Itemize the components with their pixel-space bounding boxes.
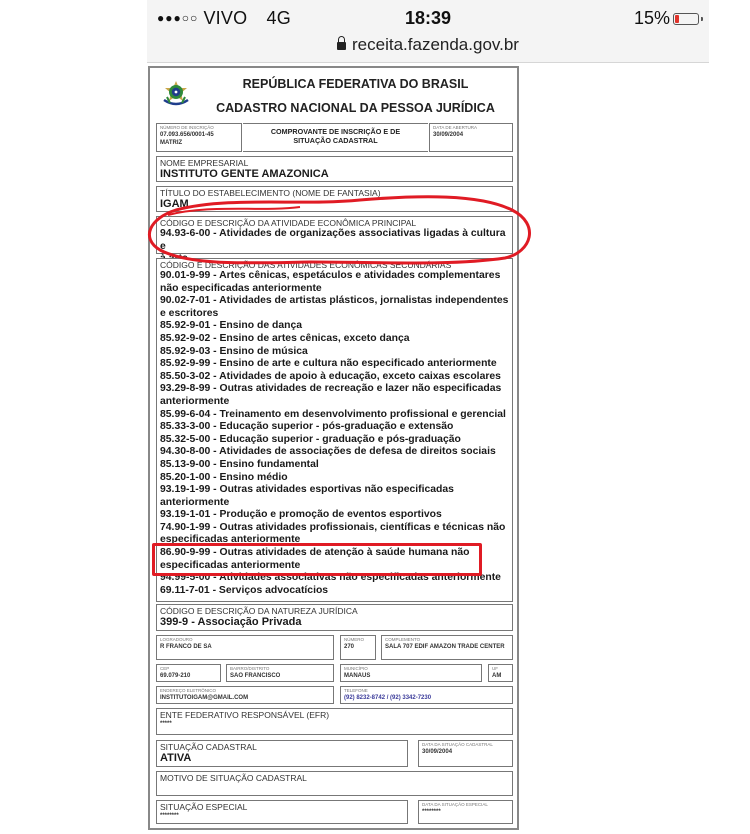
cep-box: CEP 69.079-210 bbox=[156, 664, 221, 682]
municipio-value: MANAUS bbox=[344, 672, 478, 680]
atividade-secundaria-line: 85.92-9-01 - Ensino de dança bbox=[160, 320, 509, 333]
email-box: ENDEREÇO ELETRÔNICO INSTITUTOIGAM@GMAIL.… bbox=[156, 686, 334, 704]
comprovante-box: COMPROVANTE DE INSCRIÇÃO E DE SITUAÇÃO C… bbox=[243, 123, 428, 152]
natureza-juridica-value: 399-9 - Associação Privada bbox=[160, 616, 509, 629]
atividade-secundaria-line: 85.13-9-00 - Ensino fundamental bbox=[160, 459, 509, 472]
logradouro-box: LOGRADOURO R FRANCO DE SA bbox=[156, 635, 334, 660]
atividade-secundaria-line: 69.11-7-01 - Serviços advocatícios bbox=[160, 585, 509, 598]
nome-fantasia-box: TÍTULO DO ESTABELECIMENTO (NOME DE FANTA… bbox=[156, 186, 513, 212]
url-text: receita.fazenda.gov.br bbox=[352, 35, 519, 54]
inscricao-type: MATRIZ bbox=[160, 139, 238, 147]
nome-empresarial-box: NOME EMPRESARIAL INSTITUTO GENTE AMAZONI… bbox=[156, 156, 513, 182]
battery-status: 15% bbox=[634, 8, 699, 29]
inscricao-value: 07.093.656/0001-45 bbox=[160, 131, 238, 139]
data-situacao-especial-box: DATA DA SITUAÇÃO ESPECIAL ******** bbox=[418, 800, 513, 824]
atividade-secundaria-line: 93.29-8-99 - Outras atividades de recrea… bbox=[160, 383, 509, 396]
municipio-box: MUNICÍPIO MANAUS bbox=[340, 664, 482, 682]
address-bar[interactable]: receita.fazenda.gov.br bbox=[147, 35, 709, 55]
bairro-box: BAIRRO/DISTRITO SAO FRANCISCO bbox=[226, 664, 334, 682]
battery-icon bbox=[673, 13, 699, 25]
header-cadastro: CADASTRO NACIONAL DA PESSOA JURÍDICA bbox=[170, 101, 541, 115]
atividade-principal-box: CÓDIGO E DESCRIÇÃO DA ATIVIDADE ECONÔMIC… bbox=[156, 216, 513, 254]
situacao-especial-value: ******** bbox=[160, 812, 404, 820]
atividade-secundaria-line: anteriormente bbox=[160, 396, 509, 409]
nome-fantasia-value: IGAM bbox=[160, 198, 509, 211]
atividade-secundaria-line: não especificadas anteriormente bbox=[160, 283, 509, 296]
atividade-secundaria-line: anteriormente bbox=[160, 497, 509, 510]
telefone-value: (92) 8232-8742 / (92) 3342-7230 bbox=[344, 694, 509, 702]
atividade-secundaria-line: 85.33-3-00 - Educação superior - pós-gra… bbox=[160, 421, 509, 434]
efr-value: ***** bbox=[160, 720, 509, 728]
atividade-secundaria-line: 85.32-5-00 - Educação superior - graduaç… bbox=[160, 434, 509, 447]
cnpj-document: REPÚBLICA FEDERATIVA DO BRASIL CADASTRO … bbox=[148, 66, 519, 830]
data-situacao-box: DATA DA SITUAÇÃO CADASTRAL 30/09/2004 bbox=[418, 740, 513, 767]
browser-top-bar: ●●●○○ VIVO 4G 18:39 15% receita.fazenda.… bbox=[147, 0, 709, 63]
telefone-box: TELEFONE (92) 8232-8742 / (92) 3342-7230 bbox=[340, 686, 513, 704]
clock: 18:39 bbox=[147, 8, 709, 29]
atividade-secundaria-line: 94.30-8-00 - Atividades de associações d… bbox=[160, 446, 509, 459]
complemento-box: COMPLEMENTO SALA 707 EDIF AMAZON TRADE C… bbox=[381, 635, 513, 660]
atividade-secundaria-line: 90.01-9-99 - Artes cênicas, espetáculos … bbox=[160, 270, 509, 283]
nome-empresarial-value: INSTITUTO GENTE AMAZONICA bbox=[160, 168, 509, 181]
atividade-secundaria-line: 85.50-3-02 - Atividades de apoio à educa… bbox=[160, 371, 509, 384]
header-republica: REPÚBLICA FEDERATIVA DO BRASIL bbox=[170, 77, 541, 91]
uf-box: UF AM bbox=[488, 664, 513, 682]
red-box-annotation bbox=[152, 543, 482, 576]
atividade-secundaria-line: 74.90-1-99 - Outras atividades profissio… bbox=[160, 522, 509, 535]
data-situacao-value: 30/09/2004 bbox=[422, 748, 509, 756]
atividade-principal-line: 94.93-6-00 - Atividades de organizações … bbox=[160, 228, 509, 253]
logradouro-value: R FRANCO DE SA bbox=[160, 643, 330, 651]
atividade-secundaria-line: 93.19-1-99 - Outras atividades esportiva… bbox=[160, 484, 509, 497]
atividade-secundaria-line: 85.92-9-03 - Ensino de música bbox=[160, 346, 509, 359]
bairro-value: SAO FRANCISCO bbox=[230, 672, 330, 680]
situacao-box: SITUAÇÃO CADASTRAL ATIVA bbox=[156, 740, 408, 767]
numero-box: NÚMERO 270 bbox=[340, 635, 376, 660]
natureza-juridica-box: CÓDIGO E DESCRIÇÃO DA NATUREZA JURÍDICA … bbox=[156, 604, 513, 631]
atividade-secundaria-line: 85.92-9-99 - Ensino de arte e cultura nã… bbox=[160, 358, 509, 371]
data-situacao-especial-value: ******** bbox=[422, 808, 509, 816]
uf-value: AM bbox=[492, 672, 509, 680]
cep-value: 69.079-210 bbox=[160, 672, 217, 680]
lock-icon bbox=[337, 42, 346, 50]
situacao-value: ATIVA bbox=[160, 752, 404, 765]
atividade-secundaria-line: 90.02-7-01 - Atividades de artistas plás… bbox=[160, 295, 509, 308]
abertura-value: 30/09/2004 bbox=[433, 131, 509, 139]
atividade-secundaria-line: 85.99-6-04 - Treinamento em desenvolvime… bbox=[160, 409, 509, 422]
atividade-secundaria-line: e escritores bbox=[160, 308, 509, 321]
comprovante-title: COMPROVANTE DE INSCRIÇÃO E DE SITUAÇÃO C… bbox=[243, 124, 428, 145]
efr-box: ENTE FEDERATIVO RESPONSÁVEL (EFR) ***** bbox=[156, 708, 513, 735]
inscricao-box: NÚMERO DE INSCRIÇÃO 07.093.656/0001-45 M… bbox=[156, 123, 242, 152]
atividade-secundaria-line: 85.20-1-00 - Ensino médio bbox=[160, 472, 509, 485]
battery-percent: 15% bbox=[634, 8, 670, 29]
atividade-secundaria-line: 93.19-1-01 - Produção e promoção de even… bbox=[160, 509, 509, 522]
numero-value: 270 bbox=[344, 643, 372, 651]
motivo-box: MOTIVO DE SITUAÇÃO CADASTRAL bbox=[156, 771, 513, 796]
atividade-secundaria-line: 85.92-9-02 - Ensino de artes cênicas, ex… bbox=[160, 333, 509, 346]
complemento-value: SALA 707 EDIF AMAZON TRADE CENTER bbox=[385, 643, 509, 651]
abertura-box: DATA DE ABERTURA 30/09/2004 bbox=[429, 123, 513, 152]
situacao-especial-box: SITUAÇÃO ESPECIAL ******** bbox=[156, 800, 408, 824]
email-value: INSTITUTOIGAM@GMAIL.COM bbox=[160, 694, 330, 702]
